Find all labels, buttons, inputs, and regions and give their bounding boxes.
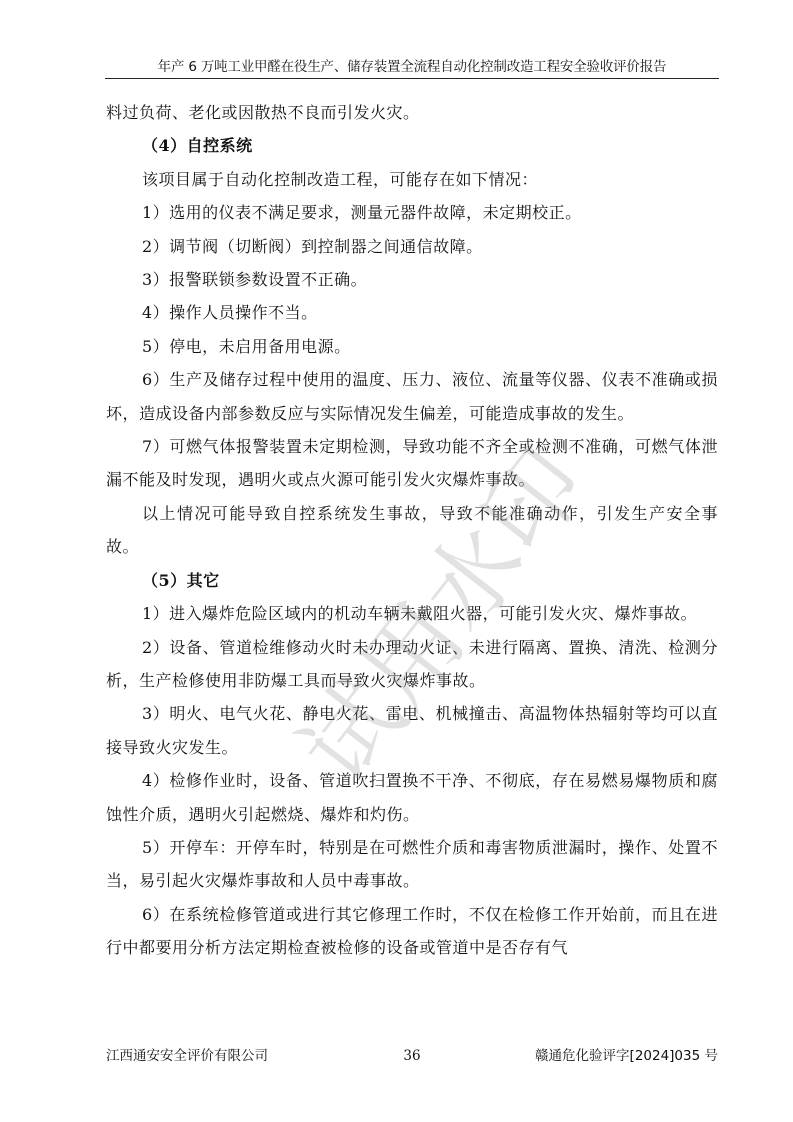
section-heading-other: （5）其它 bbox=[106, 564, 718, 597]
page-header-title: 年产 6 万吨工业甲醛在役生产、储存装置全流程自动化控制改造工程安全验收评价报告 bbox=[105, 56, 719, 78]
page-footer: 江西通安安全评价有限公司 36 赣通危化验评字[2024]035 号 bbox=[106, 1045, 718, 1067]
list-item: 3）明火、电气火花、静电火花、雷电、机械撞击、高温物体热辐射等均可以直接导致火灾… bbox=[106, 697, 718, 764]
list-item: 6）在系统检修管道或进行其它修理工作时，不仅在检修工作开始前，而且在进行中都要用… bbox=[106, 898, 718, 965]
section-intro: 该项目属于自动化控制改造工程，可能存在如下情况： bbox=[106, 163, 718, 196]
list-item: 5）停电，未启用备用电源。 bbox=[106, 330, 718, 363]
list-item: 2）设备、管道检维修动火时未办理动火证、未进行隔离、置换、清洗、检测分析，生产检… bbox=[106, 631, 718, 698]
list-item: 5）开停车：开停车时，特别是在可燃性介质和毒害物质泄漏时，操作、处置不当，易引起… bbox=[106, 831, 718, 898]
section-summary: 以上情况可能导致自控系统发生事故，导致不能准确动作，引发生产安全事故。 bbox=[106, 497, 718, 564]
section-heading-autocontrol: （4）自控系统 bbox=[106, 129, 718, 162]
list-item: 1）进入爆炸危险区域内的机动车辆未戴阻火器，可能引发火灾、爆炸事故。 bbox=[106, 597, 718, 630]
document-body: 料过负荷、老化或因散热不良而引发火灾。 （4）自控系统 该项目属于自动化控制改造… bbox=[106, 96, 718, 965]
list-item: 6）生产及储存过程中使用的温度、压力、液位、流量等仪器、仪表不准确或损坏，造成设… bbox=[106, 363, 718, 430]
header-divider bbox=[105, 78, 719, 79]
list-item: 2）调节阀（切断阀）到控制器之间通信故障。 bbox=[106, 230, 718, 263]
footer-doc-number: 赣通危化验评字[2024]035 号 bbox=[535, 1045, 718, 1067]
list-item: 4）检修作业时，设备、管道吹扫置换不干净、不彻底，存在易燃易爆物质和腐蚀性介质，… bbox=[106, 764, 718, 831]
list-item: 7）可燃气体报警装置未定期检测，导致功能不齐全或检测不准确，可燃气体泄漏不能及时… bbox=[106, 430, 718, 497]
list-item: 4）操作人员操作不当。 bbox=[106, 296, 718, 329]
list-item: 1）选用的仪表不满足要求，测量元器件故障，未定期校正。 bbox=[106, 196, 718, 229]
list-item: 3）报警联锁参数设置不正确。 bbox=[106, 263, 718, 296]
continuation-paragraph: 料过负荷、老化或因散热不良而引发火灾。 bbox=[106, 96, 718, 129]
